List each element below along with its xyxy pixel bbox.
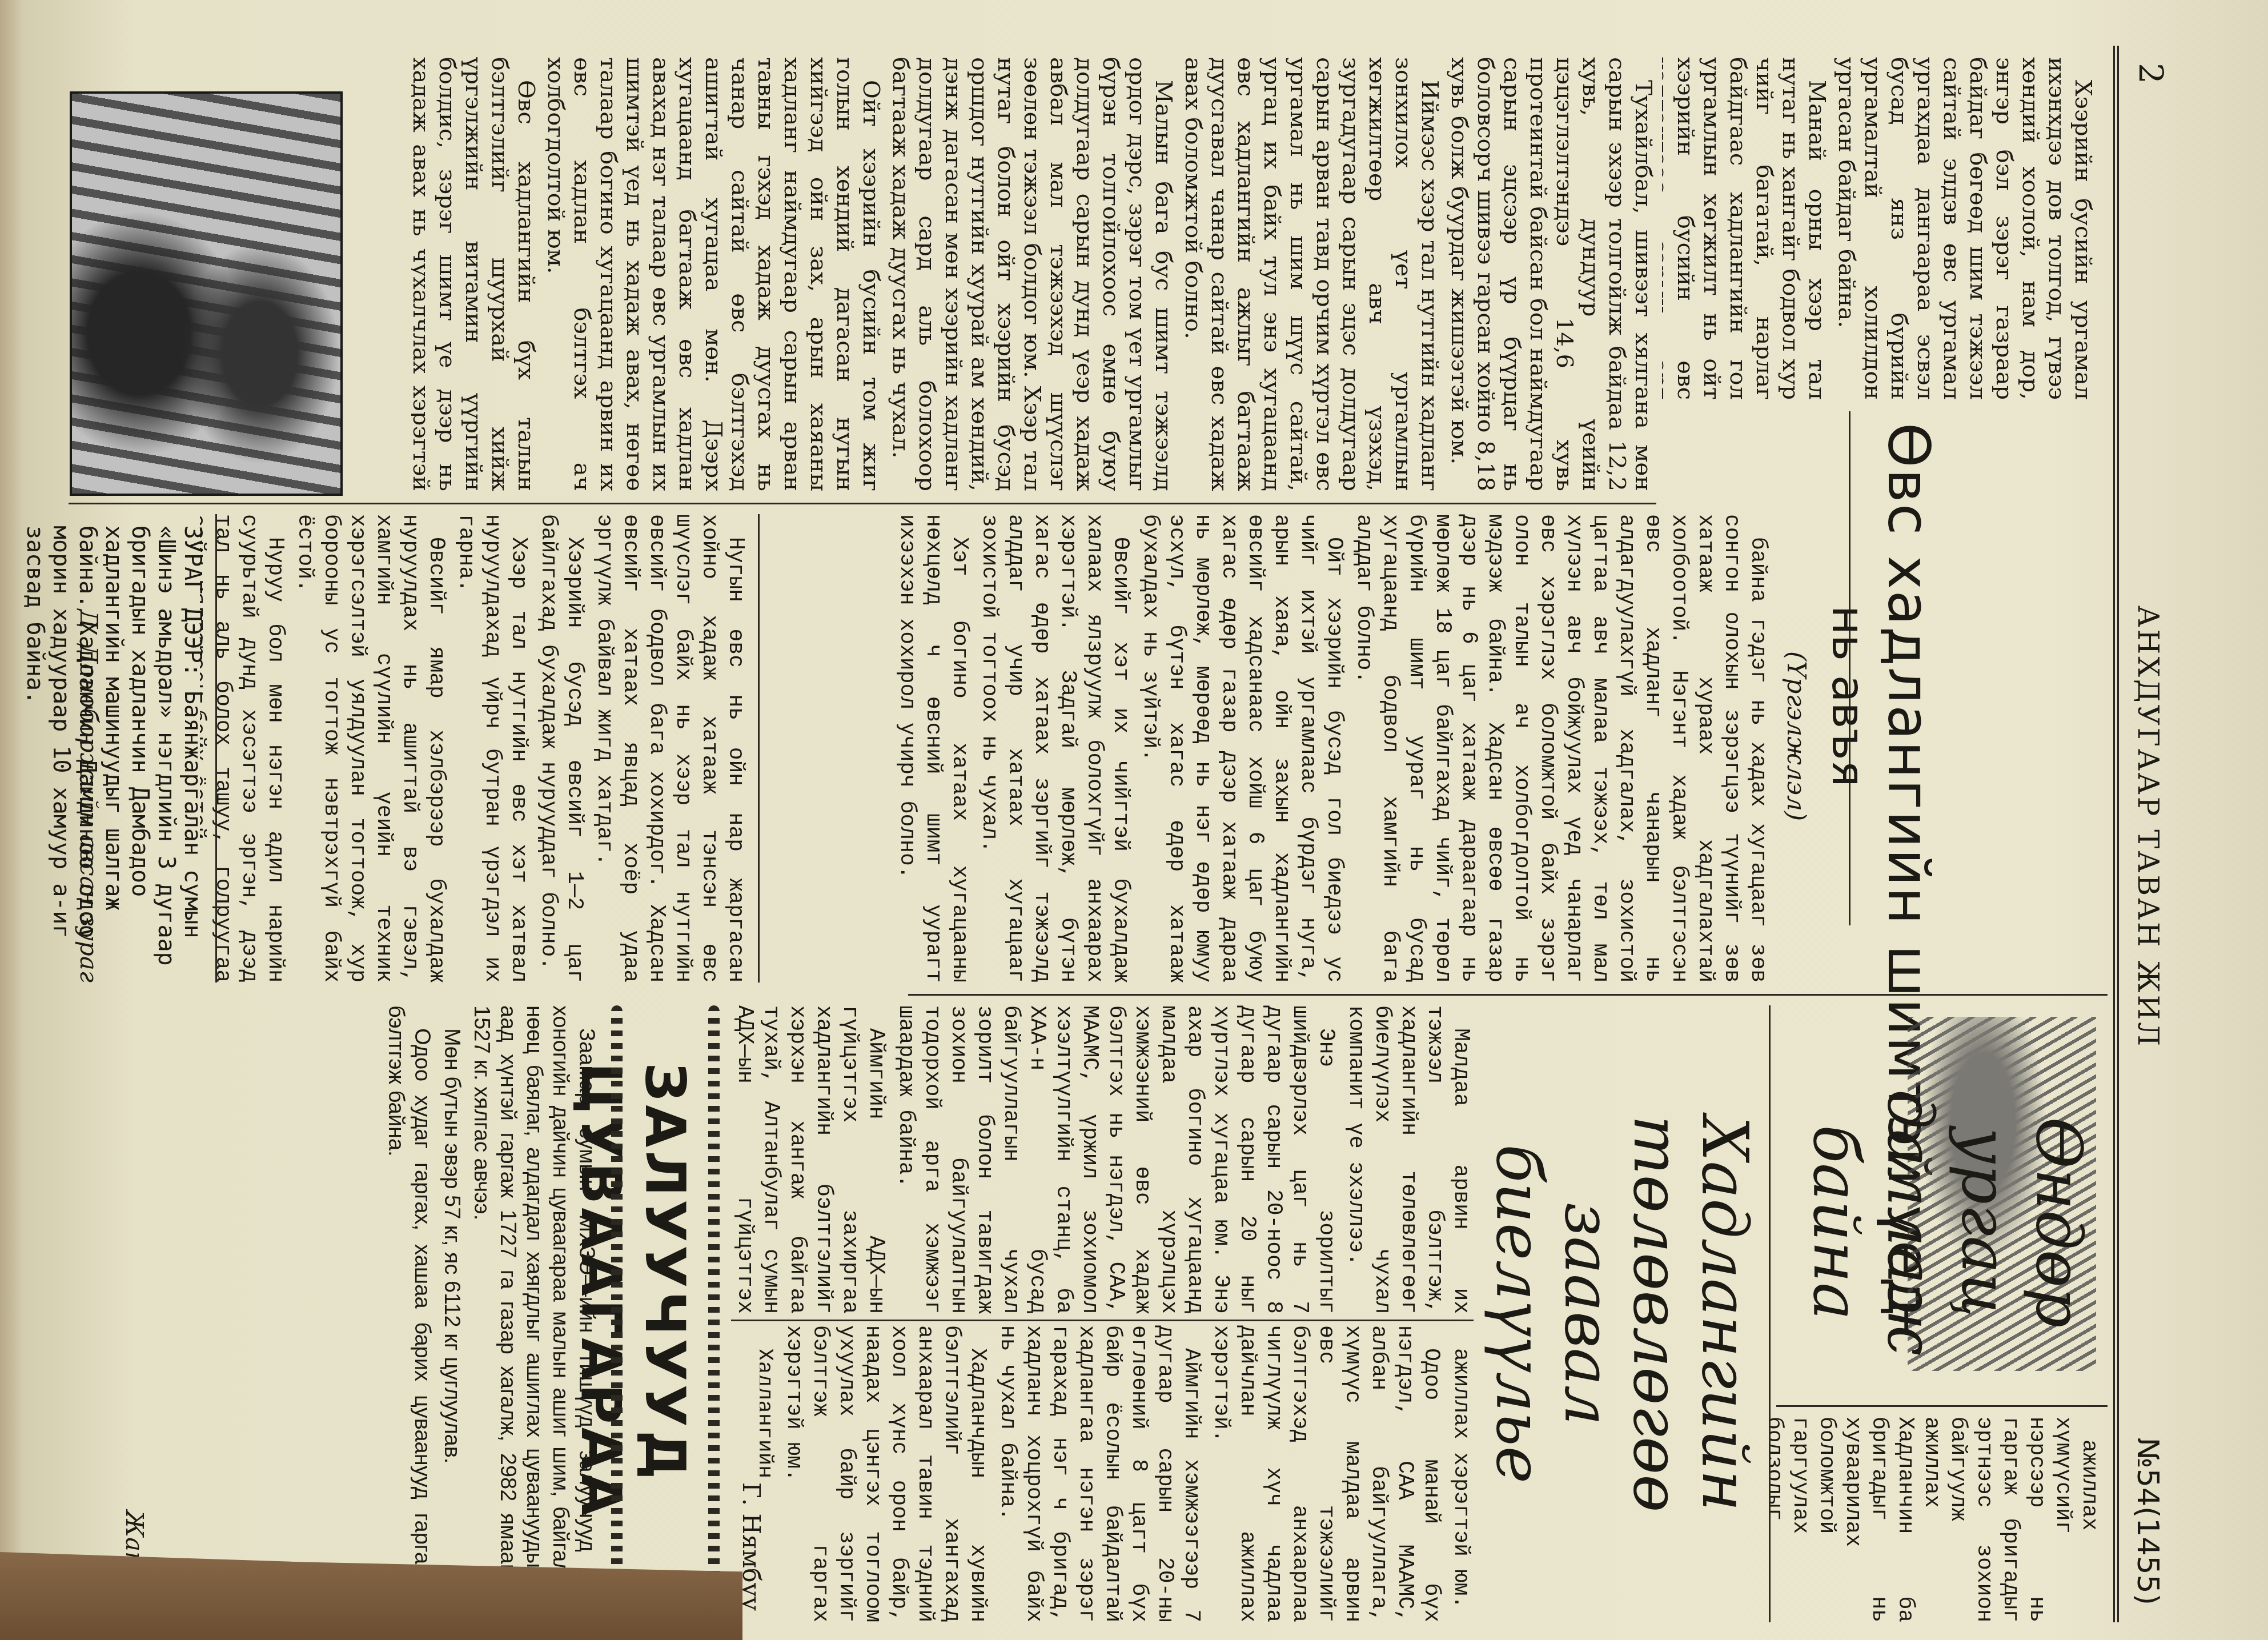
- newspaper-page: 2 АНХДУГААР ТАВАН ЖИЛ №54(1455) Хээрийн …: [69, 46, 2182, 1622]
- hay-middle-column: байна гэдэг нь хадах хугацааг зөв сонгон…: [765, 514, 1771, 983]
- paragraph: Хадланчдын хувийн бэлтгэлийг хангахад ан…: [780, 1325, 990, 1622]
- caption-label: ЗУРАГ ДЭЭР:: [179, 526, 206, 677]
- paragraph: ажиллах хэрэгтэй юм.: [1447, 1325, 1474, 1622]
- wavy-divider: [708, 1005, 720, 1622]
- paragraph: байна гэдэг нь хадах хугацааг зөв сонгон…: [1350, 514, 1771, 983]
- youth-column: Заамар сумын МХЗЭ—ийн гишүүд залуучууд 1…: [200, 1005, 600, 1611]
- hay-middle-column-2: Нугын өвс нь ойн нар жаргасан хойно хада…: [200, 514, 748, 983]
- youth-signature: Жанлав: [121, 1005, 148, 1611]
- headline-line: заавал: [1554, 1017, 1622, 1611]
- plan-intro: Малдаа арвин их тэжээл бэлтгэж, хадланги…: [1342, 1005, 1474, 1314]
- paragraph: ажиллах хүмүүсийг нэрсээр нь гаргаж бриг…: [1771, 1417, 2102, 1622]
- continued-label: (Үргэлжлэл): [1781, 651, 1811, 821]
- paragraph: Аймгийн хэмжээгээр 7 дугаар сарын 20-ны …: [994, 1325, 1204, 1622]
- paragraph: Энэ зорилтыг шийдвэрлэх цаг нь 7 дугаар …: [892, 1005, 1339, 1314]
- wavy-divider: [611, 1005, 623, 1622]
- paragraph: Хэт богино хатаах хугацааны нөхцөлд ч өв…: [893, 514, 972, 983]
- paragraph: Одоо худаг гаргах, хашаа барих цуваанууд…: [383, 1005, 435, 1611]
- paragraph: Өвс хадлангийн бүх талын бэлтгэлийг шуур…: [411, 57, 539, 491]
- paragraph: Нугын өвс нь ойн нар жаргасан хойно хада…: [591, 514, 748, 983]
- photo-credit: Д. Доноборжийн авсан зураг: [75, 526, 103, 983]
- paragraph: Малын бага бус шимт тэжээлд ордог дэрс, …: [888, 57, 1177, 491]
- headline-line: Хадлангийн: [1691, 1017, 1759, 1611]
- paragraph: Ойт хээрийн бусэд гол биедээ ус чийг ихт…: [1137, 514, 1347, 983]
- hay-body-column: Тухайлбал, шивээт хялгана мөн сарын эхээ…: [411, 57, 1656, 491]
- column-rule: [731, 1320, 1474, 1321]
- brigade-column: ажиллах хүмүүсийг нэрсээр нь гаргаж бриг…: [1771, 1417, 2102, 1622]
- caption-text: Баянжаргалан сумын «Шинэ амьдрал» нэгдли…: [22, 526, 206, 966]
- paragraph: Тухайлбал, шивээт хялгана мөн сарын эхээ…: [1446, 57, 1656, 491]
- page-number: 2: [2131, 63, 2170, 84]
- headline-line: биелүүлье: [1485, 1017, 1554, 1611]
- brigade-headline: Өндөр ургац даллаж байна: [1799, 1051, 2096, 1394]
- column-rule: [1776, 1405, 2108, 1407]
- headline-line: Өндөр ургац: [1948, 1051, 2096, 1394]
- paragraph: Мөн бүтын эвэр 57 кг, яс 6112 кг цуглуул…: [439, 1005, 465, 1611]
- issue-number: №54(1455): [2130, 1438, 2165, 1605]
- masthead: 2 АНХДУГААР ТАВАН ЖИЛ №54(1455): [2113, 46, 2182, 1622]
- paragraph: Хээр тал нутгийн өвс хэт хатвал нуруулда…: [452, 514, 531, 983]
- headline-line: байна: [1799, 1051, 1873, 1394]
- column-rule: [69, 503, 1656, 504]
- divider: [215, 514, 217, 983]
- divider: [758, 514, 760, 983]
- plan-column-2: ажиллах хэрэгтэй юм. Одоо манай бүх нэгд…: [760, 1325, 1474, 1622]
- paragraph: Иймээс хээр тал нутгийн хадланг зонхилох…: [1180, 57, 1443, 491]
- paragraph: Одоо манай бүх нэгдэл, САА МААМС, албан …: [1207, 1325, 1444, 1622]
- paragraph: Өвсийг ямар хэлбэрээр бухалдаж нуруулдах…: [291, 514, 449, 983]
- column-rule: [908, 994, 2108, 996]
- hay-intro-column: Хээрийн бусийн ургамал ихэнхдээ дов толг…: [1662, 57, 2096, 400]
- paragraph: Хээрийн бусийн ургамал ихэнхдээ дов толг…: [1833, 57, 2096, 400]
- paragraph: Нуруу бол мөн нэгэн адил нарийн суурьтай…: [200, 514, 288, 983]
- headline-line: төлөвлөгөө: [1622, 1017, 1691, 1611]
- paragraph: Хээрийн бусэд өвсийг 1—2 цаг байлгахад б…: [535, 514, 587, 983]
- plan-headline: Хадлангийн төлөвлөгөө заавал биелүүлье: [1485, 1017, 1759, 1611]
- paragraph: Аймгийн АДХ—ын гүйцэтгэх захиргаа хадлан…: [731, 1005, 889, 1314]
- paragraph: Манай орны хээр тал нутаг нь хангайг бод…: [1662, 57, 1830, 400]
- paragraph: Өвсийг хэт их чийгтэй бухалдаж халаах ял…: [976, 514, 1133, 983]
- divider: [1769, 1005, 1771, 1622]
- paragraph: Ойт хээрийн бусийн том жиг голын хөндий …: [543, 57, 884, 491]
- paragraph: Заамар сумын МХЗЭ—ийн гишүүд залуучууд 1…: [468, 1005, 600, 1611]
- hay-headline-line2: нь авъя: [1822, 606, 1873, 787]
- torn-left-edge: [0, 0, 23, 1640]
- headline-line: даллаж: [1873, 1051, 1948, 1394]
- plan-column-1: Малдаа арвин их тэжээл бэлтгэж, хадланги…: [731, 1005, 1474, 1314]
- plan-signature: Г. Нямбуу: [737, 1325, 765, 1611]
- masthead-title: АНХДУГААР ТАВАН ЖИЛ: [2131, 606, 2165, 1048]
- hay-machine-photo: [70, 91, 343, 496]
